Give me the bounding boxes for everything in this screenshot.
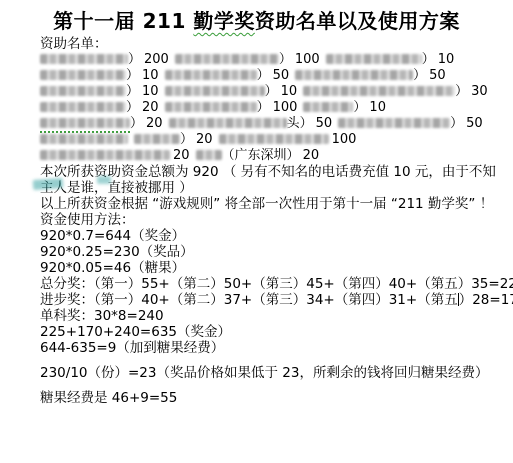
- donation-amount: 20: [173, 148, 190, 163]
- title-text-pre: 第十一届 211: [53, 9, 193, 33]
- remainder-line: 644-635=9（加到糖果经费）: [40, 340, 507, 356]
- roster-entry: （广东深圳）20: [196, 148, 320, 164]
- donation-amount: 100: [332, 132, 357, 147]
- document-page[interactable]: 第十一届 211 勤学奖资助名单以及使用方案 资助名单： ）200）100）10…: [0, 0, 513, 463]
- progress-award-line: 进步奖：（第一）40+（第二）37+（第三）34+（第四）31+（第五）28=1…: [40, 292, 507, 308]
- visible-name-fragment: ）: [413, 68, 426, 83]
- roster-entry: 100: [219, 132, 357, 148]
- redacted-name: [303, 86, 455, 96]
- roster-entry: 20: [40, 148, 190, 164]
- donation-amount: 10: [142, 84, 159, 99]
- roster-entry: ）10: [40, 84, 159, 100]
- roster-entry: ）200: [40, 52, 169, 68]
- visible-name-fragment: ）: [455, 84, 468, 99]
- visible-name-fragment: ）: [126, 100, 139, 115]
- visible-name-fragment: ）: [128, 52, 141, 67]
- document-body: 资助名单： ）200）100）10）10）50）50）10）10）30）20）1…: [0, 36, 513, 406]
- roster-entry: ）50: [165, 68, 290, 84]
- donation-amount: 100: [295, 52, 320, 67]
- donation-amount: 20: [303, 148, 320, 163]
- blank-line: [40, 381, 507, 390]
- roster-entry: ）10: [326, 52, 455, 68]
- roster-heading: 资助名单：: [40, 36, 507, 52]
- redacted-name: [165, 86, 265, 96]
- title-text-post: 资助名单以及使用方案: [255, 9, 460, 33]
- redacted-name: [40, 102, 126, 112]
- page-title: 第十一届 211 勤学奖资助名单以及使用方案: [10, 6, 503, 36]
- award-sum-line: 225+170+240=635（奖金）: [40, 324, 507, 340]
- visible-name-fragment: ）: [257, 100, 270, 115]
- donation-amount: 50: [273, 68, 290, 83]
- redacted-name: [134, 134, 180, 144]
- donation-amount: 10: [281, 84, 298, 99]
- visible-name-fragment: 头）: [287, 116, 313, 131]
- visible-name-fragment: （广东深圳）: [222, 148, 300, 163]
- progress-award-pre: 进步奖：（第一）40+（第二）37+（第三）34+（第四）31+（第五: [40, 292, 458, 308]
- roster-entry: ）50: [295, 68, 446, 84]
- redacted-name: [40, 134, 128, 144]
- paragraph-usage-declaration: 以上所获资金根据 “游戏规则” 将全部一次性用于第十一届 “211 勤学奖” ！: [40, 196, 507, 212]
- visible-name-fragment: ）: [257, 68, 270, 83]
- candy-budget-line: 糖果经费是 46+9=55: [40, 390, 507, 406]
- roster-entry: [40, 132, 128, 148]
- roster-entry: ）20: [134, 132, 213, 148]
- total-score-award-line: 总分奖：（第一）55+（第二）50+（第三）45+（第四）40+（第五）35=2…: [40, 276, 507, 292]
- roster-entry: 头）50: [169, 116, 333, 132]
- donation-amount: 20: [196, 132, 213, 147]
- method-heading: 资金使用方法：: [40, 212, 507, 228]
- redacted-name: [40, 54, 128, 64]
- donation-amount: 100: [273, 100, 298, 115]
- redacted-name: [40, 86, 126, 96]
- donation-amount: 50: [466, 116, 483, 131]
- blank-line: [40, 356, 507, 365]
- redacted-name: [165, 70, 257, 80]
- teal-ink-smudge: [97, 176, 111, 184]
- roster-entry: ）30: [303, 84, 488, 100]
- visible-name-fragment: ）: [279, 52, 292, 67]
- redacted-name: [169, 118, 287, 128]
- donation-amount: 10: [438, 52, 455, 67]
- redacted-name: [295, 70, 413, 80]
- funding-roster: ）200）100）10）10）50）50）10）10）30）20）100）10）…: [40, 52, 507, 164]
- redacted-name: [40, 118, 130, 128]
- roster-entry: ）10: [40, 68, 159, 84]
- roster-entry: ）10: [165, 84, 298, 100]
- visible-name-fragment: ）: [353, 100, 366, 115]
- roster-entry: ）20: [40, 116, 163, 132]
- donation-amount: 200: [144, 52, 169, 67]
- redacted-name: [338, 118, 450, 128]
- roster-entry: ）50: [338, 116, 483, 132]
- title-spellcheck-segment: 勤学奖: [193, 9, 255, 33]
- calc-candy-line: 920*0.05=46（糖果）: [40, 260, 507, 276]
- redacted-name: [196, 150, 222, 160]
- visible-name-fragment: ）: [130, 116, 143, 131]
- visible-name-fragment: ）: [126, 68, 139, 83]
- roster-entry: ）100: [175, 52, 320, 68]
- prize-unit-calc-line: 230/10（份）=23（奖品价格如果低于 23，所剩余的钱将回归糖果经费）: [40, 365, 507, 381]
- teal-ink-smudge: [33, 178, 64, 190]
- visible-name-fragment: ）: [450, 116, 463, 131]
- visible-name-fragment: ）: [422, 52, 435, 67]
- redacted-name: [303, 102, 353, 112]
- single-subject-award-line: 单科奖：30*8=240: [40, 308, 507, 324]
- redacted-name: [165, 102, 257, 112]
- redacted-name: [219, 134, 329, 144]
- visible-name-fragment: ）: [126, 84, 139, 99]
- donation-amount: 10: [142, 68, 159, 83]
- calc-prize-line: 920*0.25=230（奖品）: [40, 244, 507, 260]
- visible-name-fragment: ）: [265, 84, 278, 99]
- roster-entry: ）100: [165, 100, 298, 116]
- redacted-name: [40, 70, 126, 80]
- redacted-name: [326, 54, 422, 64]
- donation-amount: 50: [429, 68, 446, 83]
- donation-amount: 30: [471, 84, 488, 99]
- roster-entry: ）20: [40, 100, 159, 116]
- donation-amount: 50: [316, 116, 333, 131]
- redacted-name: [175, 54, 279, 64]
- visible-name-fragment: ）: [180, 132, 193, 147]
- calc-bonus-line: 920*0.7=644（奖金）: [40, 228, 507, 244]
- donation-amount: 10: [369, 100, 386, 115]
- donation-amount: 20: [146, 116, 163, 131]
- redacted-name: [40, 150, 170, 160]
- roster-entry: ）10: [303, 100, 386, 116]
- progress-award-post: ）28=170: [459, 292, 513, 308]
- donation-amount: 20: [142, 100, 159, 115]
